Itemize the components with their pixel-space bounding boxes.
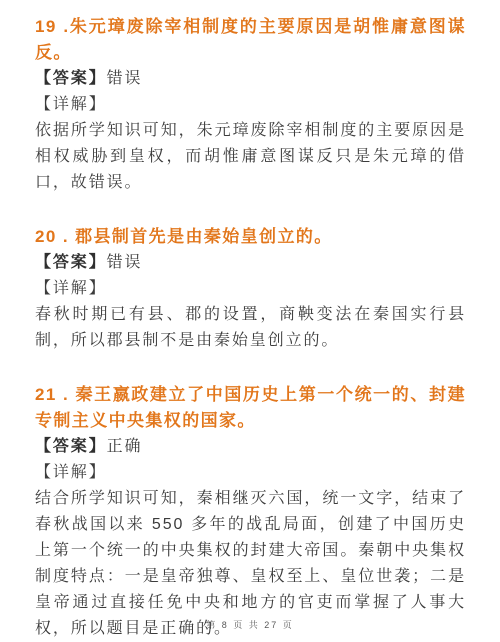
question-19-title: 19 .朱元璋废除宰相制度的主要原因是胡惟庸意图谋反。 xyxy=(35,14,466,66)
question-block-20: 20 . 郡县制首先是由秦始皇创立的。 【答案】错误 【详解】 春秋时期已有县、… xyxy=(35,224,466,354)
answer-label: 【答案】 xyxy=(35,438,107,455)
question-block-19: 19 .朱元璋废除宰相制度的主要原因是胡惟庸意图谋反。 【答案】错误 【详解】 … xyxy=(35,14,466,196)
question-20-answer-line: 【答案】错误 xyxy=(35,250,466,276)
document-page: 19 .朱元璋废除宰相制度的主要原因是胡惟庸意图谋反。 【答案】错误 【详解】 … xyxy=(0,0,500,642)
answer-label: 【答案】 xyxy=(35,254,107,271)
question-block-21: 21 . 秦王嬴政建立了中国历史上第一个统一的、封建专制主义中央集权的国家。 【… xyxy=(35,382,466,642)
question-21-answer-line: 【答案】正确 xyxy=(35,434,466,460)
answer-value: 错误 xyxy=(107,254,143,271)
detail-label: 【详解】 xyxy=(35,92,466,118)
question-20-title: 20 . 郡县制首先是由秦始皇创立的。 xyxy=(35,224,466,250)
detail-label: 【详解】 xyxy=(35,276,466,302)
answer-label: 【答案】 xyxy=(35,70,107,87)
question-21-title: 21 . 秦王嬴政建立了中国历史上第一个统一的、封建专制主义中央集权的国家。 xyxy=(35,382,466,434)
answer-value: 正确 xyxy=(107,438,143,455)
detail-label: 【详解】 xyxy=(35,460,466,486)
question-19-detail-text: 依据所学知识可知，朱元璋废除宰相制度的主要原因是相权威胁到皇权，而胡惟庸意图谋反… xyxy=(35,118,466,196)
answer-value: 错误 xyxy=(107,70,143,87)
question-19-answer-line: 【答案】错误 xyxy=(35,66,466,92)
question-20-detail-text: 春秋时期已有县、郡的设置，商鞅变法在秦国实行县制，所以郡县制不是由秦始皇创立的。 xyxy=(35,302,466,354)
page-footer: 第 8 页 共 27 页 xyxy=(0,618,500,631)
